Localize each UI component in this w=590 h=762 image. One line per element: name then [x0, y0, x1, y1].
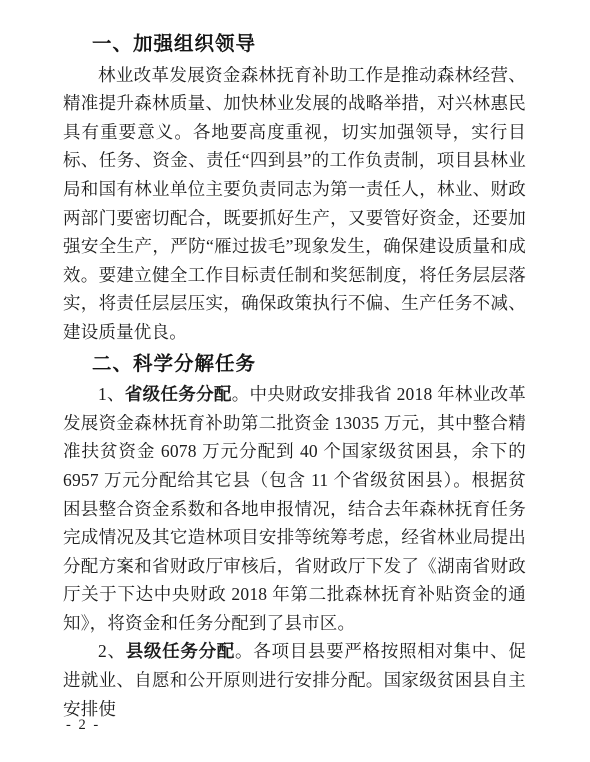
document-content: 一、加强组织领导 林业改革发展资金森林抚育补助工作是推动森林经营、精准提升森林质… [63, 30, 526, 723]
paragraph-number: 1、 [98, 384, 125, 404]
section-heading-organization-leadership: 一、加强组织领导 [63, 30, 526, 59]
paragraph-county-task-allocation: 2、县级任务分配。各项目县要严格按照相对集中、促进就业、自愿和公开原则进行安排分… [63, 637, 526, 723]
document-page: 一、加强组织领导 林业改革发展资金森林抚育补助工作是推动森林经营、精准提升森林质… [0, 0, 590, 762]
paragraph-province-task-allocation: 1、省级任务分配。中央财政安排我省 2018 年林业改革发展资金森林抚育补助第二… [63, 380, 526, 637]
page-number: - 2 - [66, 717, 100, 734]
paragraph-body-text: 。中央财政安排我省 2018 年林业改革发展资金森林抚育补助第二批资金 1303… [63, 384, 526, 633]
paragraph-number: 2、 [98, 641, 126, 661]
paragraph-lead-province-task: 省级任务分配 [125, 384, 232, 404]
section-heading-task-decomposition: 二、科学分解任务 [63, 350, 526, 379]
paragraph-organization-leadership: 林业改革发展资金森林抚育补助工作是推动森林经营、精准提升森林质量、加快林业发展的… [63, 61, 526, 347]
paragraph-lead-county-task: 县级任务分配 [126, 641, 235, 661]
